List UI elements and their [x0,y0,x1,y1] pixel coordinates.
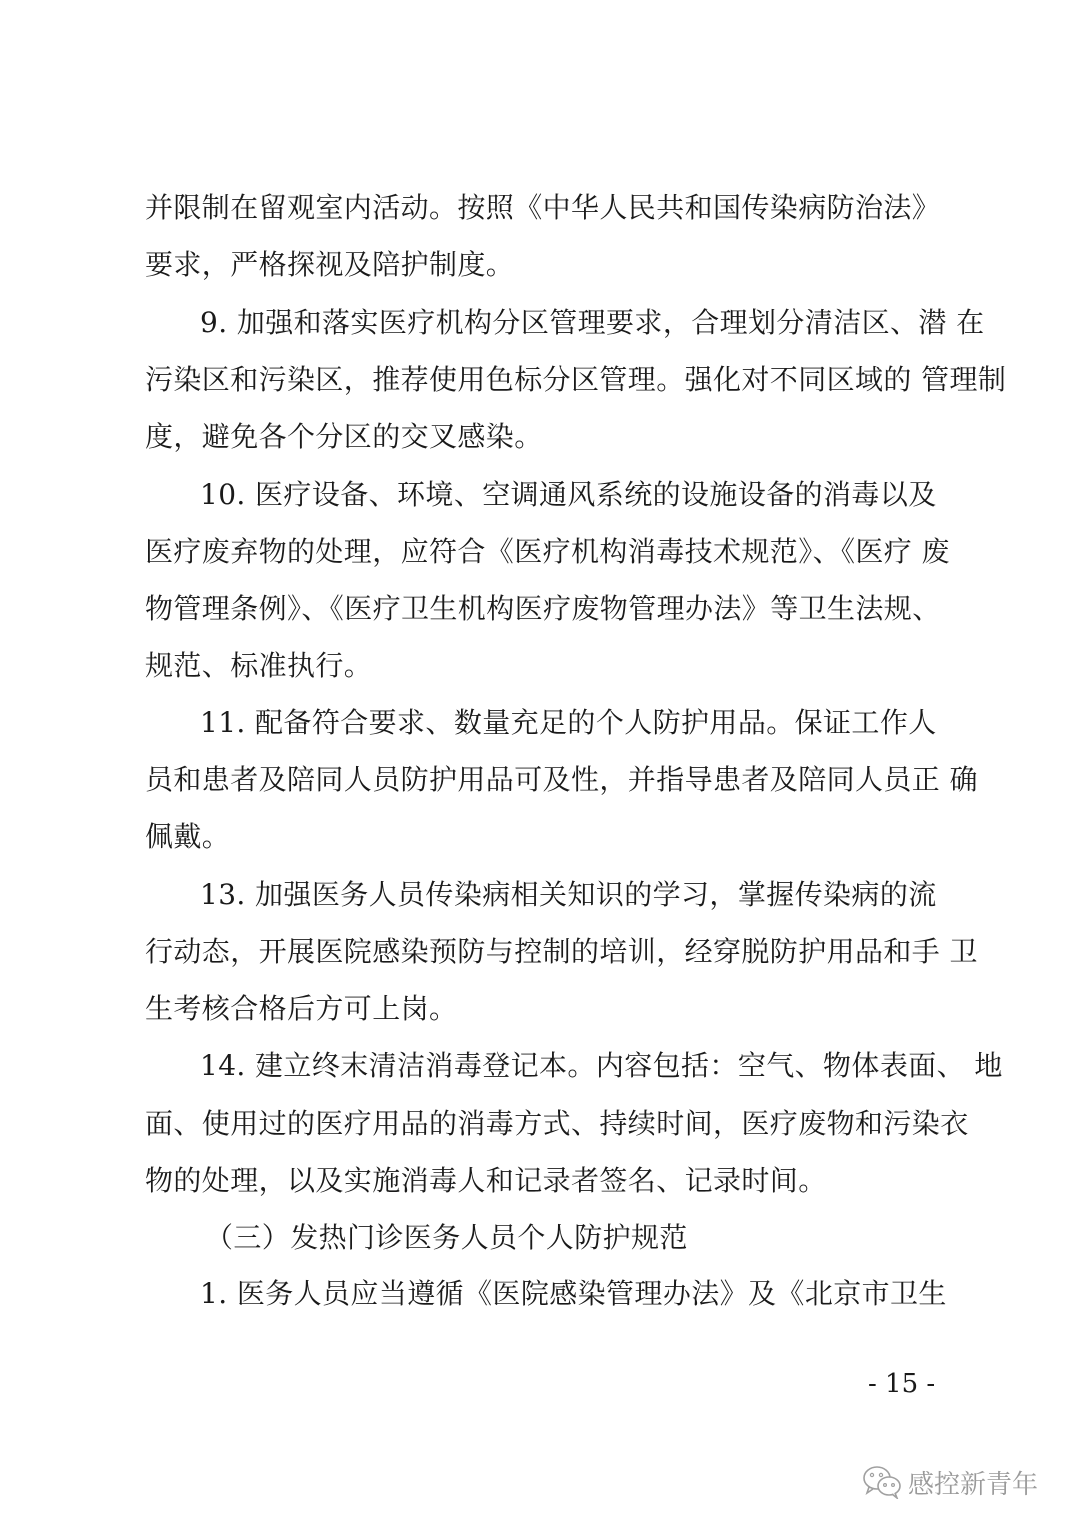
text-line: 生考核合格后方可上岗。 [145,991,955,1027]
text-line: 佩戴。 [145,819,955,855]
text-line: 物的处理，以及实施消毒人和记录者签名、记录时间。 [145,1163,955,1199]
text-line: 污染区和污染区，推荐使用色标分区管理。强化对不同区域的 管理制 [145,362,955,398]
text-line: 员和患者及陪同人员防护用品可及性，并指导患者及陪同人员正 确 [145,762,955,798]
text-line: 要求，严格探视及陪护制度。 [145,247,955,283]
wechat-icon [862,1465,902,1499]
text-line: （三）发热门诊医务人员个人防护规范 [205,1220,1015,1256]
text-line: 规范、标准执行。 [145,648,955,684]
text-line: 14. 建立终末清洁消毒登记本。内容包括：空气、物体表面、 地 [200,1048,1010,1084]
text-line: 物管理条例》、《医疗卫生机构医疗废物管理办法》等卫生法规、 [145,591,955,627]
text-line: 行动态，开展医院感染预防与控制的培训，经穿脱防护用品和手 卫 [145,934,955,970]
text-line: 9. 加强和落实医疗机构分区管理要求，合理划分清洁区、潜 在 [200,305,1010,341]
watermark-text: 感控新青年 [908,1464,1038,1501]
watermark: 感控新青年 [862,1462,1038,1502]
text-line: 并限制在留观室内活动。按照《中华人民共和国传染病防治法》 [145,190,955,226]
document-page: 并限制在留观室内活动。按照《中华人民共和国传染病防治法》要求，严格探视及陪护制度… [0,0,1080,1527]
text-line: 1. 医务人员应当遵循《医院感染管理办法》及《北京市卫生 [200,1276,1010,1312]
text-line: 11. 配备符合要求、数量充足的个人防护用品。保证工作人 [200,705,1010,741]
page-number: - 15 - [868,1368,935,1400]
text-line: 10. 医疗设备、环境、空调通风系统的设施设备的消毒以及 [200,477,1010,513]
text-line: 医疗废弃物的处理，应符合《医疗机构消毒技术规范》、《医疗 废 [145,534,955,570]
text-line: 度，避免各个分区的交叉感染。 [145,419,955,455]
text-line: 13. 加强医务人员传染病相关知识的学习，掌握传染病的流 [200,877,1010,913]
text-line: 面、使用过的医疗用品的消毒方式、持续时间，医疗废物和污染衣 [145,1106,955,1142]
